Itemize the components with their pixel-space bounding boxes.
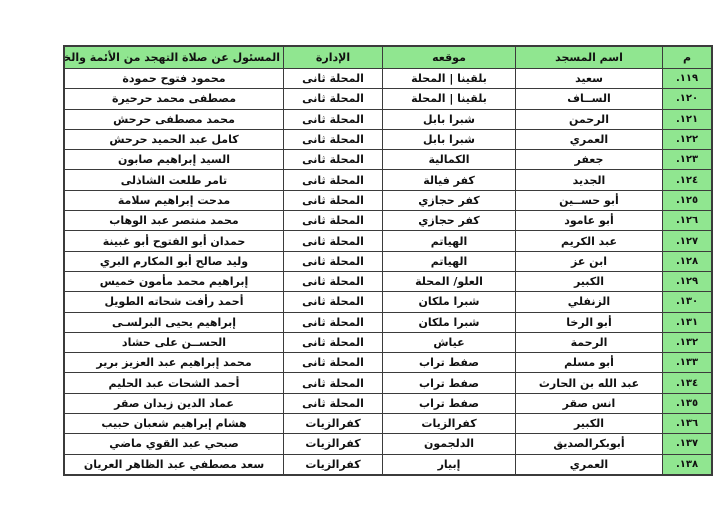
cell-mosque: أبو الرخا (516, 312, 663, 332)
cell-num: ١٢٤. (663, 170, 713, 190)
cell-responsible: وليد صالح أبو المكارم البري (64, 251, 284, 271)
cell-location: كفر فيالة (383, 170, 516, 190)
cell-num: ١٢٨. (663, 251, 713, 271)
cell-mosque: الرحمن (516, 109, 663, 129)
cell-mosque: الرحمة (516, 332, 663, 352)
cell-num: ١٣٨. (663, 454, 713, 475)
cell-admin: المحلة ثانى (284, 109, 383, 129)
cell-admin: المحلة ثانى (284, 353, 383, 373)
cell-mosque: جعفر (516, 150, 663, 170)
cell-mosque: الزنفلي (516, 292, 663, 312)
table-row: ١٣٧.أبوبكرالصديقالدلجمونكفرالزياتصبحي عب… (64, 434, 712, 454)
cell-mosque: أبو مسلم (516, 353, 663, 373)
cell-admin: المحلة ثانى (284, 69, 383, 89)
table-row: ١٢٨.ابن عزالهياتمالمحلة ثانىوليد صالح أب… (64, 251, 712, 271)
header-cell-mosque: اسم المسجد (516, 46, 663, 69)
cell-num: ١٣٣. (663, 353, 713, 373)
cell-admin: كفرالزيات (284, 454, 383, 475)
header-cell-admin: الإدارة (284, 46, 383, 69)
cell-responsible: كامل عبد الحميد حرحش (64, 129, 284, 149)
table-row: ١٣٤.عبد الله بن الحارثصفط ترابالمحلة ثان… (64, 373, 712, 393)
cell-location: صفط تراب (383, 373, 516, 393)
table-row: ١٣٦.الكبيركفرالزياتكفرالزياتهشام إبراهيم… (64, 414, 712, 434)
cell-admin: المحلة ثانى (284, 251, 383, 271)
cell-mosque: انس صقر (516, 393, 663, 413)
cell-responsible: أحمد رأفت شحاته الطويل (64, 292, 284, 312)
cell-num: ١٣٤. (663, 373, 713, 393)
cell-responsible: سعد مصطفي عبد الظاهر العريان (64, 454, 284, 475)
cell-mosque: أبو عامود (516, 211, 663, 231)
cell-location: الهياتم (383, 231, 516, 251)
table-row: ١٢٢.العمريشبرا بابلالمحلة ثانىكامل عبد ا… (64, 129, 712, 149)
cell-responsible: محمد إبراهيم عبد العزيز برير (64, 353, 284, 373)
table-row: ١٣١.أبو الرخاشبرا ملكانالمحلة ثانىإبراهي… (64, 312, 712, 332)
cell-location: شبرا بابل (383, 109, 516, 129)
cell-admin: كفرالزيات (284, 434, 383, 454)
cell-location: كفرالزيات (383, 414, 516, 434)
cell-mosque: الجديد (516, 170, 663, 190)
table-row: ١٢٠.الســافبلقينا | المحلةالمحلة ثانىمصط… (64, 89, 712, 109)
cell-num: ١٣٦. (663, 414, 713, 434)
table-header: ماسم المسجدموقعهالإدارةالمسئول عن صلاة ا… (64, 46, 712, 69)
cell-location: الدلجمون (383, 434, 516, 454)
cell-responsible: مدحت إبراهيم سلامة (64, 190, 284, 210)
table-row: ١٣٨.العمريإبياركفرالزياتسعد مصطفي عبد ال… (64, 454, 712, 475)
cell-admin: المحلة ثانى (284, 89, 383, 109)
cell-responsible: هشام إبراهيم شعبان حبيب (64, 414, 284, 434)
cell-num: ١٢٦. (663, 211, 713, 231)
cell-location: الكمالية (383, 150, 516, 170)
cell-responsible: صبحي عبد القوي ماضي (64, 434, 284, 454)
cell-mosque: الكبير (516, 271, 663, 291)
cell-admin: المحلة ثانى (284, 332, 383, 352)
cell-num: ١٢٢. (663, 129, 713, 149)
cell-num: ١٢٧. (663, 231, 713, 251)
header-cell-num: م (663, 46, 713, 69)
cell-admin: المحلة ثانى (284, 292, 383, 312)
cell-admin: كفرالزيات (284, 414, 383, 434)
cell-num: ١٣١. (663, 312, 713, 332)
cell-responsible: إبراهيم يحيى البرلسـى (64, 312, 284, 332)
cell-responsible: مصطفى محمد حرحيرة (64, 89, 284, 109)
cell-responsible: محمد مصطفى حرحش (64, 109, 284, 129)
cell-responsible: الحســن على حشاد (64, 332, 284, 352)
cell-num: ١٣٢. (663, 332, 713, 352)
cell-num: ١٢٩. (663, 271, 713, 291)
cell-location: كفر حجازي (383, 190, 516, 210)
header-cell-responsible: المسئول عن صلاة التهجد من الأئمة والخطبا… (64, 46, 284, 69)
cell-mosque: ابن عز (516, 251, 663, 271)
cell-responsible: حمدان أبو الفتوح أبو غبينة (64, 231, 284, 251)
cell-num: ١١٩. (663, 69, 713, 89)
cell-admin: المحلة ثانى (284, 393, 383, 413)
cell-location: صفط تراب (383, 353, 516, 373)
table-row: ١٢٣.جعفرالكماليةالمحلة ثانىالسيد إبراهيم… (64, 150, 712, 170)
cell-admin: المحلة ثانى (284, 150, 383, 170)
cell-responsible: محمد منتصر عبد الوهاب (64, 211, 284, 231)
cell-num: ١٢١. (663, 109, 713, 129)
cell-admin: المحلة ثانى (284, 312, 383, 332)
cell-location: شبرا ملكان (383, 292, 516, 312)
cell-admin: المحلة ثانى (284, 190, 383, 210)
table-row: ١٢٥.أبو حســينكفر حجازيالمحلة ثانىمدحت إ… (64, 190, 712, 210)
cell-admin: المحلة ثانى (284, 231, 383, 251)
table-row: ١٢١.الرحمنشبرا بابلالمحلة ثانىمحمد مصطفى… (64, 109, 712, 129)
cell-admin: المحلة ثانى (284, 271, 383, 291)
cell-responsible: السيد إبراهيم صابون (64, 150, 284, 170)
table-row: ١٢٧.عبد الكريمالهياتمالمحلة ثانىحمدان أب… (64, 231, 712, 251)
cell-mosque: الكبير (516, 414, 663, 434)
cell-mosque: عبد الكريم (516, 231, 663, 251)
cell-admin: المحلة ثانى (284, 211, 383, 231)
cell-location: كفر حجازي (383, 211, 516, 231)
cell-admin: المحلة ثانى (284, 170, 383, 190)
cell-responsible: عماد الدين زيدان صقر (64, 393, 284, 413)
header-row: ماسم المسجدموقعهالإدارةالمسئول عن صلاة ا… (64, 46, 712, 69)
cell-mosque: أبو حســين (516, 190, 663, 210)
cell-num: ١٣٥. (663, 393, 713, 413)
cell-admin: المحلة ثانى (284, 373, 383, 393)
cell-location: شبرا بابل (383, 129, 516, 149)
cell-responsible: محمود فتوح حمودة (64, 69, 284, 89)
cell-location: عياش (383, 332, 516, 352)
mosque-table: ماسم المسجدموقعهالإدارةالمسئول عن صلاة ا… (63, 45, 713, 476)
cell-location: صفط تراب (383, 393, 516, 413)
cell-mosque: عبد الله بن الحارث (516, 373, 663, 393)
cell-responsible: أحمد الشحات عبد الحليم (64, 373, 284, 393)
cell-location: شبرا ملكان (383, 312, 516, 332)
table-row: ١٣٥.انس صقرصفط ترابالمحلة ثانىعماد الدين… (64, 393, 712, 413)
cell-mosque: الســاف (516, 89, 663, 109)
table-row: ١٢٤.الجديدكفر فيالةالمحلة ثانىتامر طلعت … (64, 170, 712, 190)
cell-location: بلقينا | المحلة (383, 69, 516, 89)
cell-location: العلو/ المحلة (383, 271, 516, 291)
cell-num: ١٢٣. (663, 150, 713, 170)
page: ماسم المسجدموقعهالإدارةالمسئول عن صلاة ا… (0, 0, 720, 509)
cell-location: إبيار (383, 454, 516, 475)
table-row: ١٣٣.أبو مسلمصفط ترابالمحلة ثانىمحمد إبرا… (64, 353, 712, 373)
table-body: ١١٩.سعيدبلقينا | المحلةالمحلة ثانىمحمود … (64, 69, 712, 475)
table-row: ١١٩.سعيدبلقينا | المحلةالمحلة ثانىمحمود … (64, 69, 712, 89)
table-row: ١٢٦.أبو عامودكفر حجازيالمحلة ثانىمحمد من… (64, 211, 712, 231)
cell-responsible: تامر طلعت الشاذلى (64, 170, 284, 190)
cell-num: ١٢٥. (663, 190, 713, 210)
table-row: ١٣٢.الرحمةعياشالمحلة ثانىالحســن على حشا… (64, 332, 712, 352)
cell-mosque: أبوبكرالصديق (516, 434, 663, 454)
cell-num: ١٣٧. (663, 434, 713, 454)
document-page: { "page": { "background": "#ffffff", "he… (0, 0, 720, 509)
table-row: ١٣٠.الزنفليشبرا ملكانالمحلة ثانىأحمد رأف… (64, 292, 712, 312)
header-cell-location: موقعه (383, 46, 516, 69)
cell-location: بلقينا | المحلة (383, 89, 516, 109)
cell-mosque: العمري (516, 129, 663, 149)
table-row: ١٢٩.الكبيرالعلو/ المحلةالمحلة ثانىإبراهي… (64, 271, 712, 291)
cell-num: ١٣٠. (663, 292, 713, 312)
cell-admin: المحلة ثانى (284, 129, 383, 149)
cell-responsible: إبراهيم محمد مأمون خميس (64, 271, 284, 291)
cell-mosque: سعيد (516, 69, 663, 89)
cell-mosque: العمري (516, 454, 663, 475)
cell-num: ١٢٠. (663, 89, 713, 109)
cell-location: الهياتم (383, 251, 516, 271)
